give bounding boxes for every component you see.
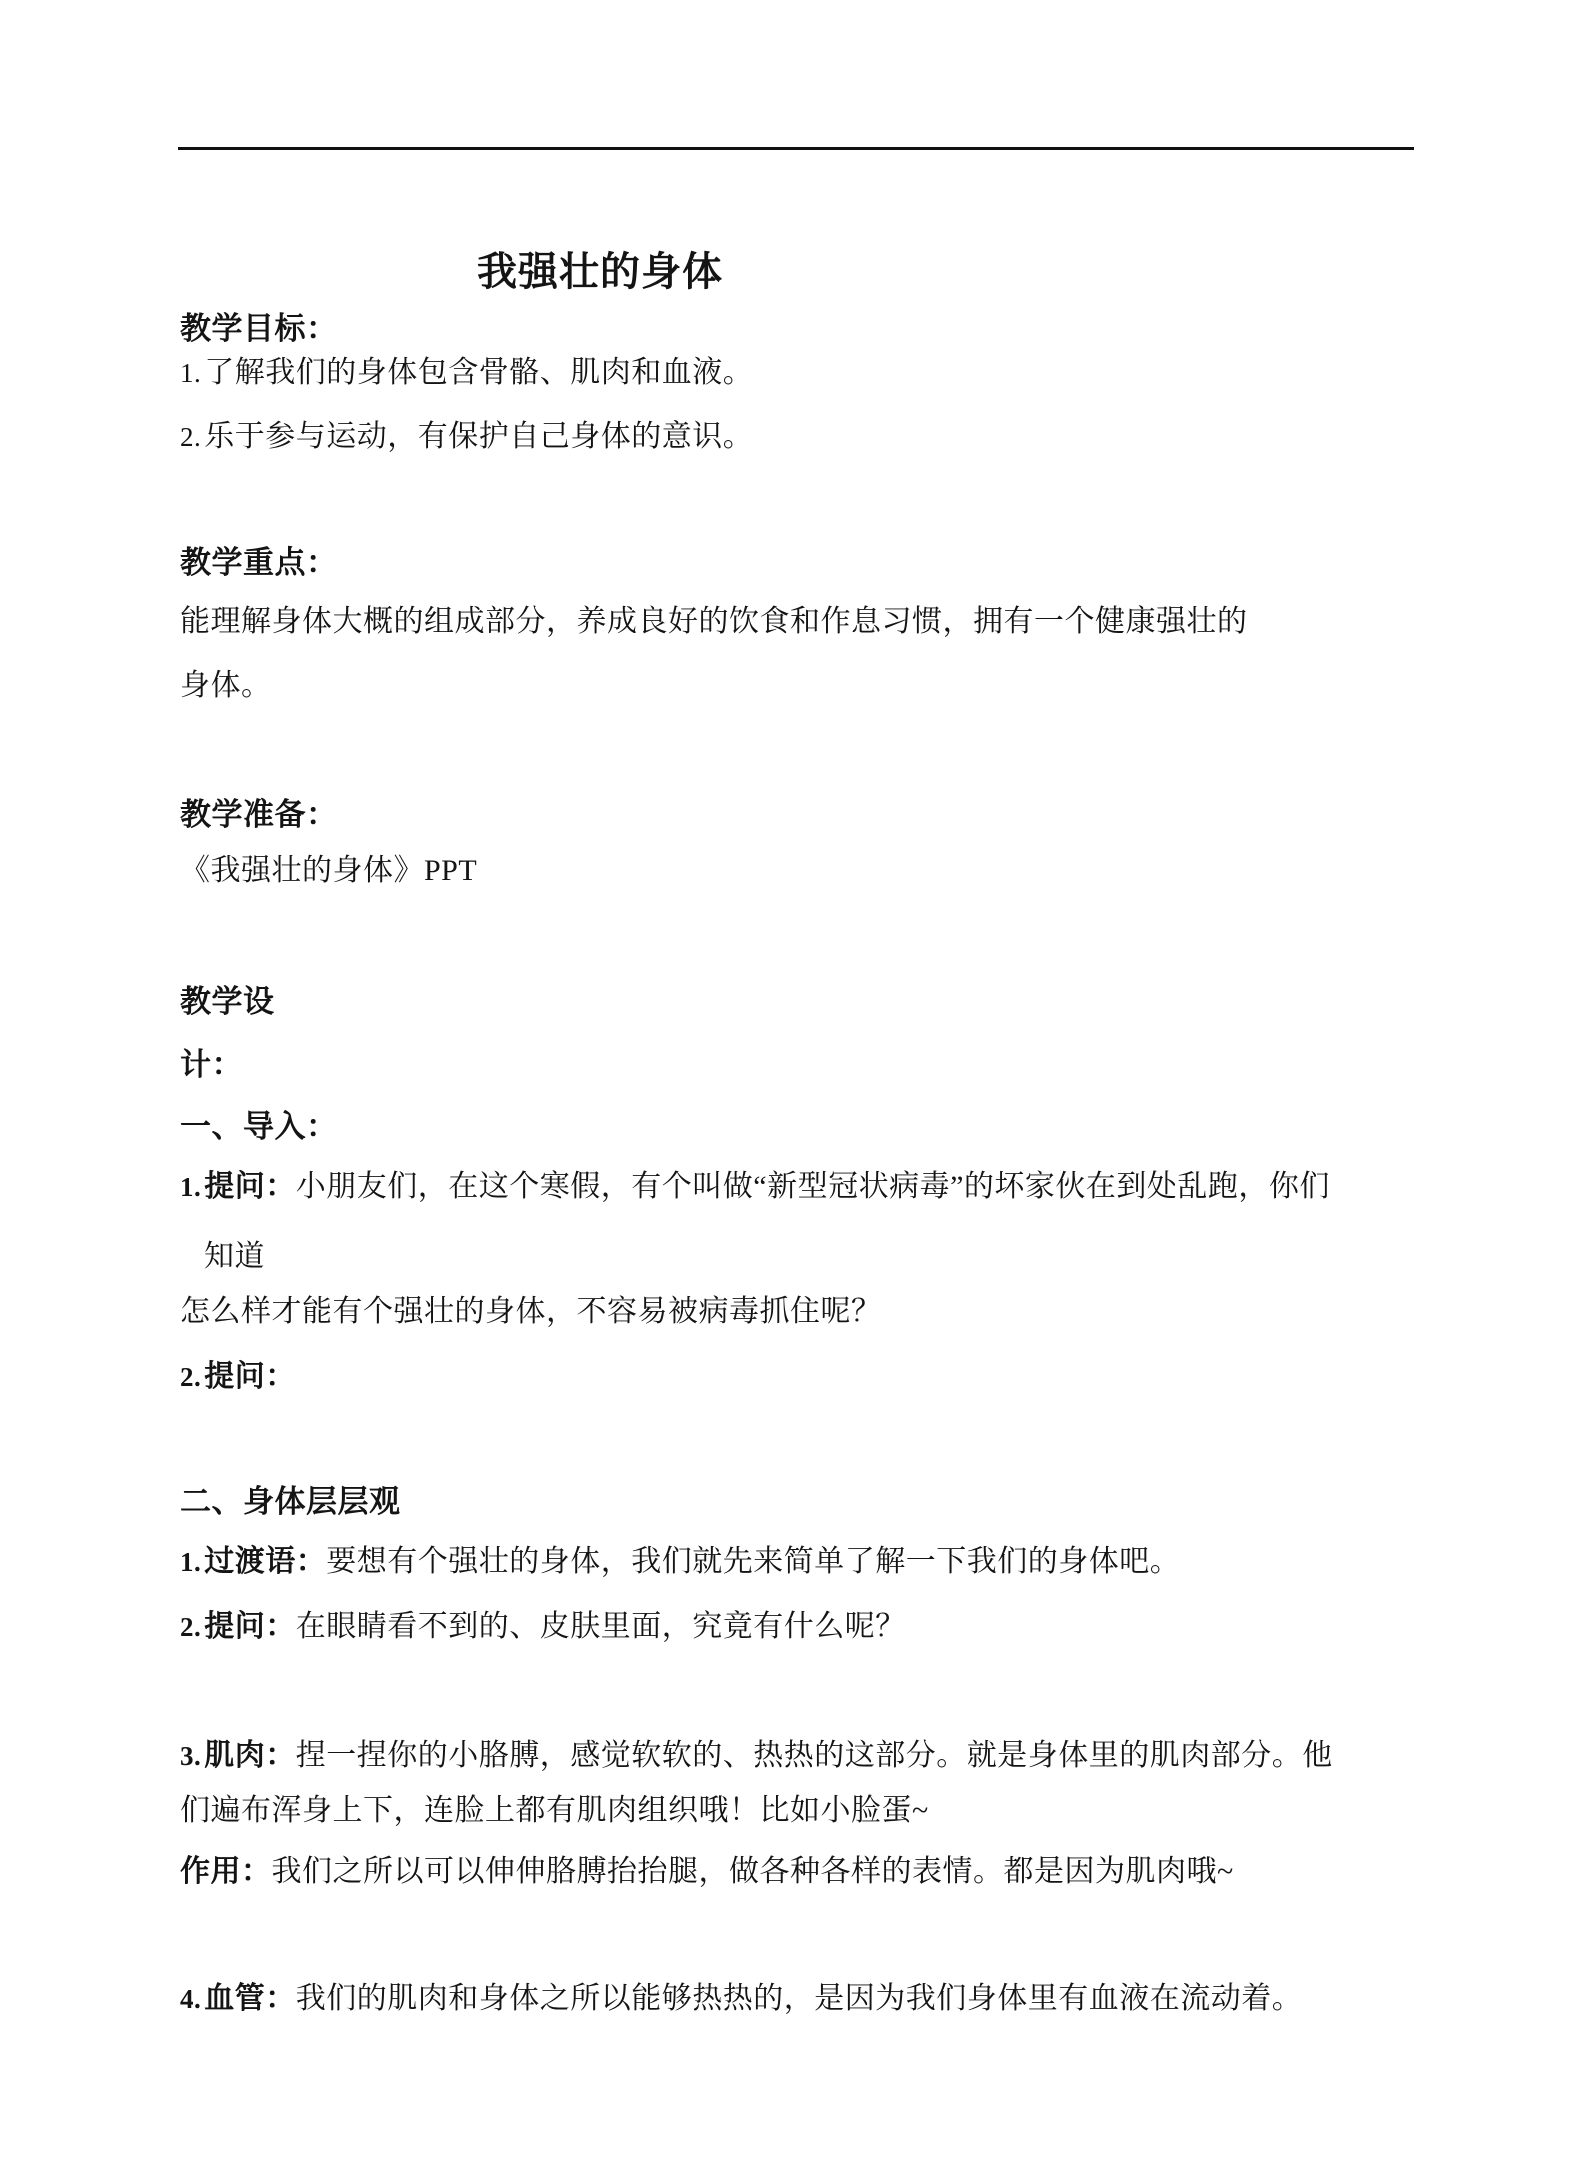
item-text: 捏一捏你的小胳膊，感觉软软的、热热的这部分。就是身体里的肌肉部分。他 (296, 1739, 1333, 1772)
preparation-content: 《我强壮的身体》PPT (180, 854, 477, 889)
muscle-item-continued: 们遍布浑身上下，连脸上都有肌肉组织哦！比如小脸蛋~ (180, 1794, 929, 1829)
heading-teaching-design-line-1: 教学设 (180, 984, 275, 1020)
heading-teaching-objectives: 教学目标： (180, 311, 338, 347)
document-page: 我强壮的身体 教学目标： 1.了解我们的身体包含骨骼、肌肉和血液。 2.乐于参与… (0, 0, 1588, 2166)
muscle-item: 3.肌肉：捏一捏你的小胳膊，感觉软软的、热热的这部分。就是身体里的肌肉部分。他 (180, 1739, 1333, 1774)
blood-vessel-item: 4.血管：我们的肌肉和身体之所以能够热热的，是因为我们身体里有血液在流动着。 (180, 1982, 1302, 2017)
item-number: 2. (180, 1612, 201, 1642)
item-number: 4. (180, 1984, 201, 2014)
item-number: 1. (180, 1547, 201, 1577)
objective-item-1: 1.了解我们的身体包含骨骼、肌肉和血液。 (180, 356, 753, 391)
item-label: 提问： (204, 1360, 296, 1393)
item-number: 1. (180, 358, 201, 388)
item-label: 提问： (204, 1170, 296, 1203)
heading-teaching-preparation: 教学准备： (180, 797, 338, 833)
heading-part-2-body-observe: 二、身体层层观 (180, 1484, 401, 1520)
muscle-function-item: 作用：我们之所以可以伸伸胳膊抬抬腿，做各种各样的表情。都是因为肌肉哦~ (180, 1855, 1234, 1890)
item-number: 1. (180, 1172, 201, 1202)
item-text: 要想有个强壮的身体，我们就先来简单了解一下我们的身体吧。 (326, 1545, 1180, 1578)
item-text: 我们的肌肉和身体之所以能够热热的，是因为我们身体里有血液在流动着。 (296, 1982, 1303, 2015)
item-number: 2. (180, 1362, 201, 1392)
item-text: 我们之所以可以伸伸胳膊抬抬腿，做各种各样的表情。都是因为肌肉哦~ (272, 1855, 1234, 1888)
observe-question-item: 2.提问：在眼睛看不到的、皮肤里面，究竟有什么呢？ (180, 1610, 906, 1645)
item-label: 血管： (204, 1982, 296, 2015)
intro-question-1-continued: 怎么样才能有个强壮的身体，不容易被病毒抓住呢？ (180, 1295, 882, 1330)
key-points-text-line-2: 身体。 (180, 669, 272, 704)
header-rule (178, 147, 1414, 150)
objective-item-2: 2.乐于参与运动，有保护自己身体的意识。 (180, 420, 753, 455)
document-title: 我强壮的身体 (180, 249, 1020, 295)
item-number: 2. (180, 422, 201, 452)
intro-question-2: 2.提问： (180, 1360, 296, 1395)
item-text: 小朋友们，在这个寒假，有个叫做“新型冠状病毒”的坏家伙在到处乱跑，你们 (296, 1170, 1330, 1203)
item-label: 过渡语： (204, 1545, 326, 1578)
item-text: 在眼睛看不到的、皮肤里面，究竟有什么呢？ (296, 1610, 906, 1643)
intro-question-1-continued-indent: 知道 (204, 1240, 265, 1275)
heading-teaching-key-points: 教学重点： (180, 545, 338, 581)
heading-part-1-intro: 一、导入： (180, 1109, 338, 1145)
intro-question-1: 1.提问：小朋友们，在这个寒假，有个叫做“新型冠状病毒”的坏家伙在到处乱跑，你们 (180, 1170, 1330, 1205)
transition-item: 1.过渡语：要想有个强壮的身体，我们就先来简单了解一下我们的身体吧。 (180, 1545, 1180, 1580)
item-number: 3. (180, 1741, 201, 1771)
item-label: 作用： (180, 1855, 272, 1888)
key-points-text-line-1: 能理解身体大概的组成部分，养成良好的饮食和作息习惯，拥有一个健康强壮的 (180, 605, 1248, 640)
item-label: 肌肉： (204, 1739, 296, 1772)
item-label: 提问： (204, 1610, 296, 1643)
item-text: 了解我们的身体包含骨骼、肌肉和血液。 (204, 356, 753, 389)
item-text: 乐于参与运动，有保护自己身体的意识。 (204, 420, 753, 453)
heading-teaching-design-line-2: 计： (180, 1047, 243, 1083)
